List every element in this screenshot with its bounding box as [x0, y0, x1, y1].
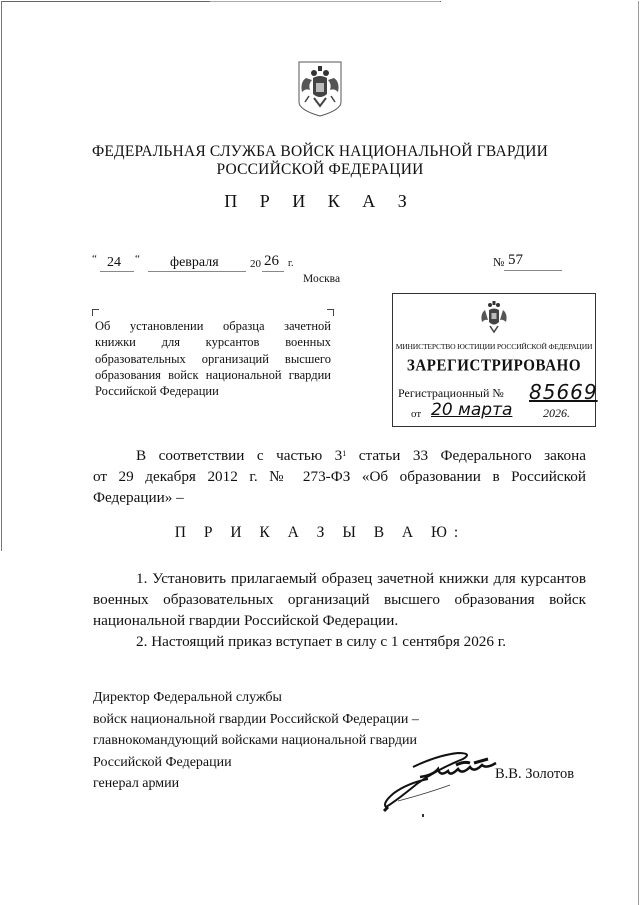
year-underline: [262, 271, 284, 272]
stamp-ministry: МИНИСТЕРСТВО ЮСТИЦИИ РОССИЙСКОЙ ФЕДЕРАЦИ…: [393, 342, 595, 351]
preamble-line-3: Федерации» –: [93, 487, 586, 508]
number-underline: [504, 270, 562, 271]
position-line: Директор Федеральной службы: [93, 687, 419, 709]
order-heading: П Р И К А З Ы В А Ю:: [0, 524, 640, 542]
signatory-position: Директор Федеральной службы войск национ…: [93, 687, 419, 795]
date-close-quote: “: [135, 253, 140, 265]
scan-border-left: [1, 1, 2, 551]
position-line: войск национальной гвардии Российской Фе…: [93, 709, 419, 731]
stamp-year: 2026.: [543, 406, 570, 421]
organization-line-1: ФЕДЕРАЛЬНАЯ СЛУЖБА ВОЙСК НАЦИОНАЛЬНОЙ ГВ…: [0, 143, 640, 161]
day-underline: [100, 271, 134, 272]
russian-coat-of-arms-icon: [479, 300, 509, 338]
date-year-prefix: 20: [250, 258, 261, 270]
subject-line: книжки для курсантов военных: [95, 334, 331, 350]
superscript: 1: [342, 449, 346, 458]
date-year-suffix: 26: [264, 253, 279, 270]
registration-stamp: МИНИСТЕРСТВО ЮСТИЦИИ РОССИЙСКОЙ ФЕДЕРАЦИ…: [392, 293, 596, 427]
position-line: главнокомандующий войсками национальной …: [93, 730, 419, 752]
order-subject: Об установлении образца зачетной книжки …: [95, 318, 331, 399]
handwritten-signature-icon: [378, 745, 503, 817]
scan-border-right: [638, 1, 639, 905]
subject-line: образования войск национальной гвардии: [95, 367, 331, 383]
clause-line: 2. Настоящий приказ вступает в силу с 1 …: [93, 631, 586, 652]
position-line: генерал армии: [93, 773, 419, 795]
subject-bracket-right: [327, 309, 334, 316]
subject-bracket-left: [92, 309, 99, 316]
stamp-reg-number-label: Регистрационный №: [398, 386, 504, 401]
date-month: февраля: [170, 255, 219, 271]
date-open-quote: “: [92, 253, 97, 265]
stamp-reg-number: 85669: [529, 380, 598, 404]
stamp-status: ЗАРЕГИСТРИРОВАНО: [393, 357, 595, 376]
month-underline: [148, 271, 246, 272]
organization-title: ФЕДЕРАЛЬНАЯ СЛУЖБА ВОЙСК НАЦИОНАЛЬНОЙ ГВ…: [0, 143, 640, 179]
clause-2: 2. Настоящий приказ вступает в силу с 1 …: [93, 631, 586, 652]
organization-line-2: РОССИЙСКОЙ ФЕДЕРАЦИИ: [0, 161, 640, 179]
preamble-text: В соответствии с частью 3: [136, 447, 342, 464]
signatory-name: В.В. Золотов: [495, 766, 574, 783]
order-number: 57: [508, 252, 523, 269]
date-day: 24: [107, 255, 121, 271]
clause-line: военных образовательных организаций высш…: [93, 589, 586, 610]
position-line: Российской Федерации: [93, 752, 419, 774]
subject-line: Об установлении образца зачетной: [95, 318, 331, 334]
stamp-date: 20 марта: [431, 400, 512, 420]
preamble-line-2: от 29 декабря 2012 г. № 273-ФЗ «Об образ…: [93, 466, 586, 487]
russian-coat-of-arms-icon: [296, 60, 344, 118]
date-year-unit: г.: [288, 258, 293, 269]
subject-line: образовательных организаций высшего: [95, 351, 331, 367]
subject-line: Российской Федерации: [95, 383, 331, 399]
preamble-text: статьи 33 Федерального закона: [346, 447, 586, 464]
number-label: №: [493, 255, 504, 270]
city: Москва: [303, 273, 340, 285]
stamp-date-prefix: от: [411, 408, 421, 420]
document-type: П Р И К А З: [0, 191, 640, 212]
preamble-line-1: В соответствии с частью 31 статьи 33 Фед…: [93, 445, 586, 466]
clause-1: 1. Установить прилагаемый образец зачетн…: [93, 568, 586, 631]
scan-speck: [422, 814, 424, 817]
preamble: В соответствии с частью 31 статьи 33 Фед…: [93, 445, 586, 508]
scan-border-top-faint: [210, 1, 440, 2]
clause-line: национальной гвардии Российской Федераци…: [93, 610, 586, 631]
clause-line: 1. Установить прилагаемый образец зачетн…: [93, 568, 586, 589]
